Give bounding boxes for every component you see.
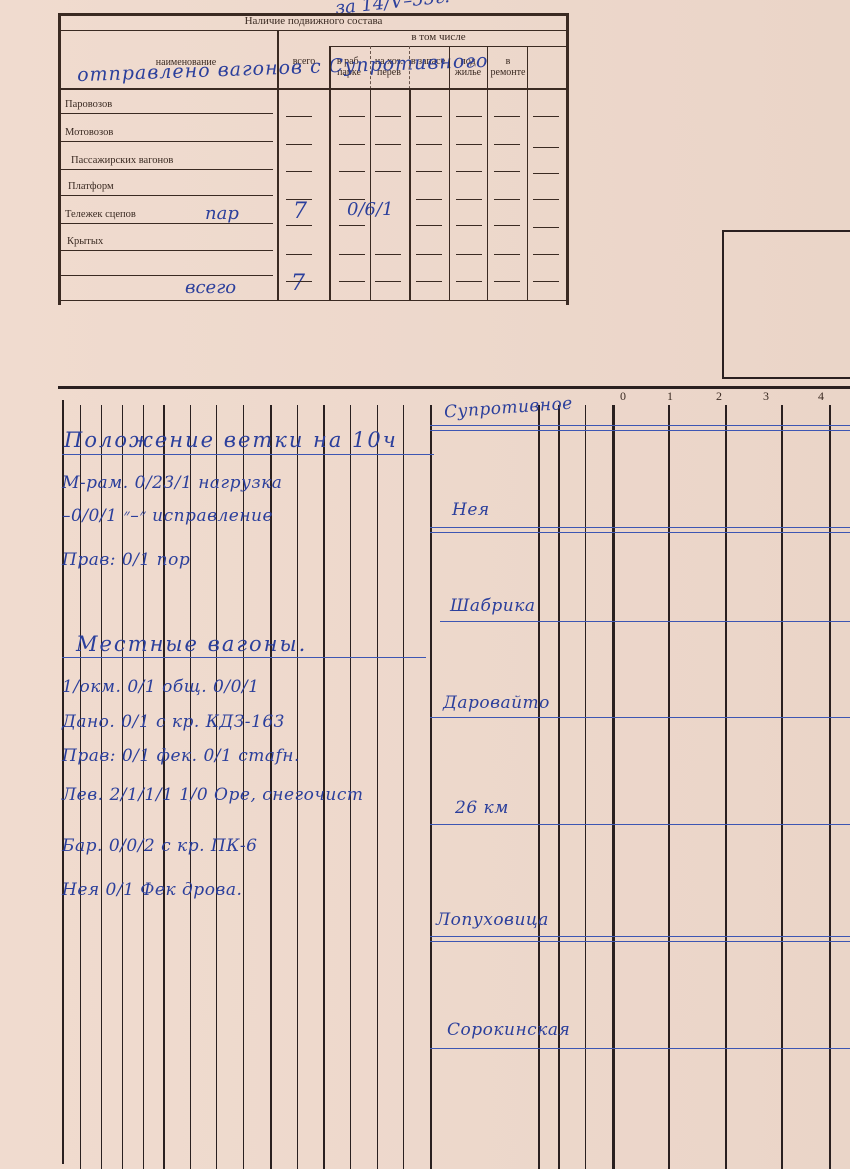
row-label-bogies: Тележек сцепов <box>65 209 136 220</box>
notes-line-2: –״–״ 0/0/1 исправление <box>62 506 273 526</box>
notes-line-3: Прав: 0/1 пор <box>62 550 190 570</box>
grand-total: 7 <box>291 271 305 296</box>
station-lopukhovitsa: Лопуховица <box>436 910 549 930</box>
row-label-covered: Крытых <box>67 236 103 247</box>
col-repair-header: в ремонте <box>489 56 527 78</box>
station-shabrika: Шабрика <box>450 596 536 616</box>
row-note-total: всего <box>185 277 236 298</box>
scale-label-3: 3 <box>763 389 769 404</box>
station-sorokinskaya: Сорокинская <box>447 1020 570 1040</box>
local-wagons-heading: Местные вагоны. <box>76 632 307 656</box>
row-label-platform: Платформ <box>68 181 114 192</box>
station-suprotivnoe: Супротивное <box>443 394 573 423</box>
scale-label-2: 2 <box>716 389 722 404</box>
local-line-1: 1/окм. 0/1 общ. 0/0/1 <box>62 677 259 697</box>
local-line-5: Бар. 0/0/2 с кр. ПК-6 <box>62 836 257 856</box>
notes-heading: Положение ветки на 10ч <box>64 428 398 452</box>
local-line-4: Лев. 2/1/1/1 1/0 Оре, снегочист <box>62 785 364 805</box>
row-label-steam: Паровозов <box>65 99 112 110</box>
bogies-work-park: 0/6/1 <box>347 199 394 220</box>
station-darovayto: Даровайто <box>443 693 550 713</box>
row-note-bogies: пар <box>205 203 239 224</box>
local-line-3: Прав: 0/1 фек. 0/1 стаfн. <box>62 746 300 766</box>
grid-top-rule <box>58 386 850 389</box>
notes-line-1: М-рам. 0/23/1 нагрузка <box>62 473 282 493</box>
empty-stamp-box <box>722 230 850 379</box>
station-26km: 26 км <box>455 798 509 818</box>
row-label-passenger: Пассажирских вагонов <box>71 155 173 166</box>
scale-label-0: 0 <box>620 389 626 404</box>
in-number-header: в том числе <box>311 31 566 43</box>
bogies-total: 7 <box>293 199 307 224</box>
station-neya: Нея <box>452 500 490 520</box>
local-line-6: Нея 0/1 Фек дрова. <box>62 880 242 900</box>
local-line-2: Дано. 0/1 с кр. КДЗ-163 <box>62 712 285 732</box>
scale-label-1: 1 <box>667 389 673 404</box>
row-label-motor: Мотовозов <box>65 127 113 138</box>
rolling-stock-table: Наличие подвижного состава в том числе н… <box>58 13 569 305</box>
scale-label-4: 4 <box>818 389 824 404</box>
table-title: Наличие подвижного состава <box>61 15 566 27</box>
